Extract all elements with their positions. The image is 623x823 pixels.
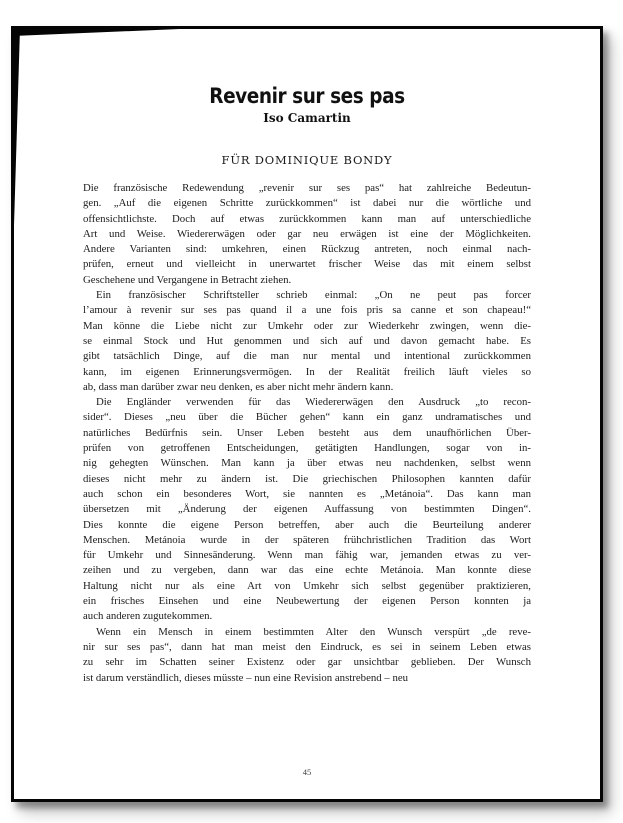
text-line: für Umkehr und Sinnesänderung. Wenn man …: [83, 548, 531, 563]
text-line: offensichtlichste. Doch auf etwas zurück…: [83, 212, 531, 227]
text-line: gen. „Auf die eigenen Schritte zurückkom…: [83, 196, 531, 211]
page-number: 45: [14, 767, 600, 777]
text-line: übersetzen mit „Änderung der eigenen Auf…: [83, 502, 531, 517]
text-line: Man könne die Liebe nicht zur Umkehr ode…: [83, 319, 531, 334]
text-line: natürliches Bedürfnis sein. Unser Leben …: [83, 426, 531, 441]
book-page: Revenir sur ses pas Iso Camartin FÜR DOM…: [11, 26, 603, 802]
text-line: Geschehene und Vergangene in Betracht zi…: [83, 273, 531, 288]
text-line: Dies konnte die eigene Person betreffen,…: [83, 518, 531, 533]
text-line: Ein französischer Schriftsteller schrieb…: [83, 288, 531, 303]
text-line: nir sur ses pas“, dann hat man meist den…: [83, 640, 531, 655]
text-line: Die französische Redewendung „revenir su…: [83, 181, 531, 196]
text-line: prüfen, erneut und vielleicht in unerwar…: [83, 257, 531, 272]
text-line: ab, dass man darüber zwar neu denken, es…: [83, 380, 531, 395]
text-line: Wenn ein Mensch in einem bestimmten Alte…: [83, 625, 531, 640]
text-line: Die Engländer verwenden für das Wiederer…: [83, 395, 531, 410]
text-line: Menschen. Metánoia wurde in der späteren…: [83, 533, 531, 548]
page-title: Revenir sur ses pas: [49, 83, 565, 109]
paragraph: Die französische Redewendung „revenir su…: [83, 181, 531, 288]
author-name: Iso Camartin: [14, 111, 600, 126]
text-line: zeihen und zu vergeben, dann war das ein…: [83, 563, 531, 578]
text-line: prüfen von getroffenen Entscheidungen, g…: [83, 441, 531, 456]
paragraph: Ein französischer Schriftsteller schrieb…: [83, 288, 531, 395]
text-line: auch anderen zugutekommen.: [83, 609, 531, 624]
text-line: ein frisches Einsehen und eine Neubewert…: [83, 594, 531, 609]
page-content: Revenir sur ses pas Iso Camartin FÜR DOM…: [14, 29, 600, 799]
body-text: Die französische Redewendung „revenir su…: [83, 181, 531, 686]
text-line: kann, im eigenen Erinnerungsvermögen. In…: [83, 365, 531, 380]
text-line: nig gehegten Wünschen. Man kann ja über …: [83, 456, 531, 471]
paragraph: Wenn ein Mensch in einem bestimmten Alte…: [83, 625, 531, 686]
text-line: Haltung nicht nur als eine Art von Umkeh…: [83, 579, 531, 594]
text-line: auch schon ein besonderes Wort, sie nann…: [83, 487, 531, 502]
text-line: Art und Weise. Wiedererwägen oder gar ne…: [83, 227, 531, 242]
text-line: sider“. Dieses „neu über die Bücher gehe…: [83, 410, 531, 425]
text-line: gibt tatsächlich Dinge, auf die man nur …: [83, 349, 531, 364]
text-line: l’amour à revenir sur ses pas quand il a…: [83, 303, 531, 318]
text-line: dieses nicht mehr zu ändern ist. Die gri…: [83, 472, 531, 487]
text-line: zu sehr im Schatten seiner Existenz oder…: [83, 655, 531, 670]
text-line: ist darum verständlich, dieses müsste – …: [83, 671, 531, 686]
dedication-line: FÜR DOMINIQUE BONDY: [14, 153, 600, 167]
text-line: se einmal Stock und Hut genommen und sic…: [83, 334, 531, 349]
text-line: Andere Varianten sind: umkehren, einen R…: [83, 242, 531, 257]
paragraph: Die Engländer verwenden für das Wiederer…: [83, 395, 531, 624]
